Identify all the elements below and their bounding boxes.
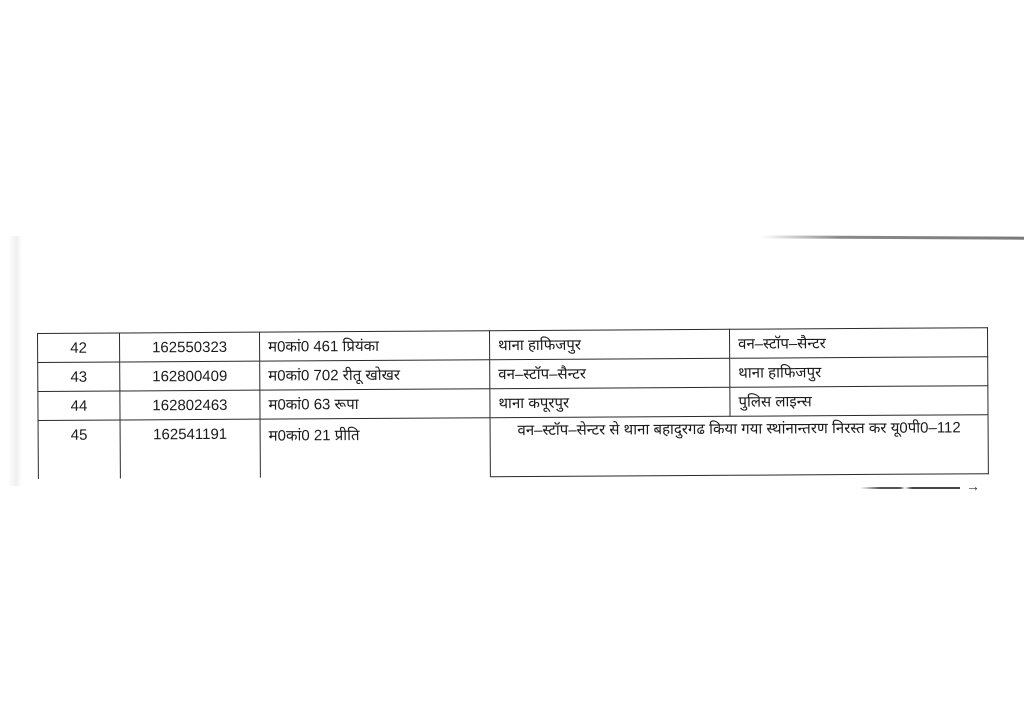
employee-name: म0कां0 461 प्रियंका — [259, 331, 489, 361]
scan-artifact-line — [760, 235, 1024, 239]
new-posting: वन–स्टॉप–सैन्टर — [729, 328, 987, 359]
pno-number: 162541191 — [120, 419, 260, 478]
serial-number: 44 — [38, 391, 120, 421]
scan-page-edge — [8, 236, 22, 486]
new-posting: थाना हाफिजपुर — [730, 357, 988, 388]
serial-number: 45 — [38, 420, 120, 479]
serial-number: 43 — [38, 362, 120, 392]
pno-number: 162802463 — [120, 390, 260, 420]
current-posting: थाना हाफिजपुर — [489, 329, 729, 359]
employee-name: म0कां0 21 प्रीति — [260, 418, 490, 478]
continuation-line — [860, 487, 960, 489]
transfer-remark: वन–स्टॉप–सेन्टर से थाना बहादुरगढ किया गय… — [490, 415, 988, 477]
employee-name: म0कां0 702 रीतू खोखर — [260, 360, 490, 390]
pno-number: 162550323 — [120, 332, 260, 362]
transfer-table: 42 162550323 म0कां0 461 प्रियंका थाना हा… — [37, 327, 989, 479]
serial-number: 42 — [38, 333, 120, 363]
table-row: 45 162541191 म0कां0 21 प्रीति वन–स्टॉप–स… — [38, 415, 988, 479]
transfer-table-container: 42 162550323 म0कां0 461 प्रियंका थाना हा… — [37, 327, 988, 479]
new-posting: पुलिस लाइन्स — [730, 386, 988, 417]
employee-name: म0कां0 63 रूपा — [260, 389, 490, 419]
current-posting: वन–स्टॉप–सैन्टर — [490, 358, 730, 388]
current-posting: थाना कपूरपुर — [490, 387, 730, 417]
pno-number: 162800409 — [120, 361, 260, 391]
continuation-arrow-icon: → — [966, 478, 980, 494]
